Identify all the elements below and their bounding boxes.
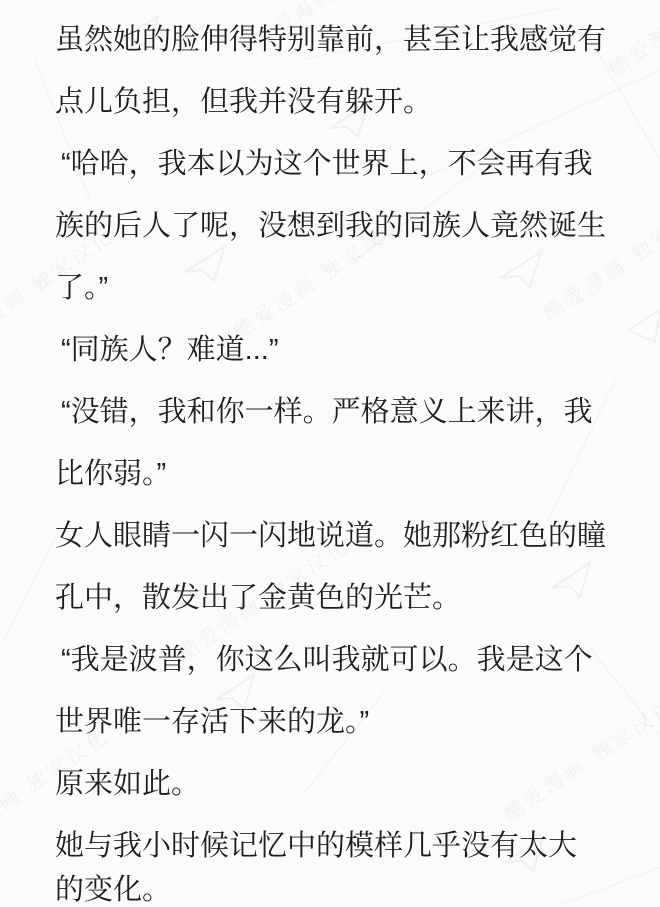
paragraph: “哈哈，我本以为这个世界上，不会再有我 族的后人了呢，没想到我的同族人竟然诞生 … (55, 133, 610, 319)
text-line: 世界唯一存活下来的龙。” (55, 691, 610, 753)
paragraph: 虽然她的脸伸得特别靠前，甚至让我感觉有 点儿负担，但我并没有躲开。 (55, 9, 610, 133)
paragraph: “同族人？难道...” (55, 319, 610, 381)
text-line: 女人眼睛一闪一闪地说道。她那粉红色的瞳 (55, 505, 610, 567)
text-line: 的变化。 (55, 868, 610, 907)
text-line: “没错，我和你一样。严格意义上来讲，我 (55, 381, 610, 443)
paragraph: 女人眼睛一闪一闪地说道。她那粉红色的瞳 孔中，散发出了金黄色的光芒。 (55, 505, 610, 629)
paragraph: 原来如此。 (55, 753, 610, 815)
novel-text: 虽然她的脸伸得特别靠前，甚至让我感觉有 点儿负担，但我并没有躲开。 “哈哈，我本… (0, 0, 660, 907)
paragraph: “没错，我和你一样。严格意义上来讲，我 比你弱。” (55, 381, 610, 505)
text-line: 比你弱。” (55, 443, 610, 505)
text-line: “哈哈，我本以为这个世界上，不会再有我 (55, 133, 610, 195)
text-line: 孔中，散发出了金黄色的光芒。 (55, 567, 610, 629)
text-line: 虽然她的脸伸得特别靠前，甚至让我感觉有 (55, 9, 610, 71)
text-line: “同族人？难道...” (55, 319, 610, 381)
text-line: “我是波普，你这么叫我就可以。我是这个 (55, 629, 610, 691)
paragraph: “我是波普，你这么叫我就可以。我是这个 世界唯一存活下来的龙。” (55, 629, 610, 753)
text-line: 了。” (55, 257, 610, 319)
text-line: 点儿负担，但我并没有躲开。 (55, 71, 610, 133)
text-line: 她与我小时候记忆中的模样几乎没有太大 (55, 824, 610, 868)
novel-reader-page: 酷爱漫画 独家汉化 酷爱漫画 独家汉化 酷爱漫画 独家汉化 酷爱漫画 独家汉化 … (0, 0, 660, 907)
text-line: 族的后人了呢，没想到我的同族人竟然诞生 (55, 195, 610, 257)
paragraph: 她与我小时候记忆中的模样几乎没有太大 的变化。 (55, 824, 610, 907)
text-line: 原来如此。 (55, 753, 610, 815)
